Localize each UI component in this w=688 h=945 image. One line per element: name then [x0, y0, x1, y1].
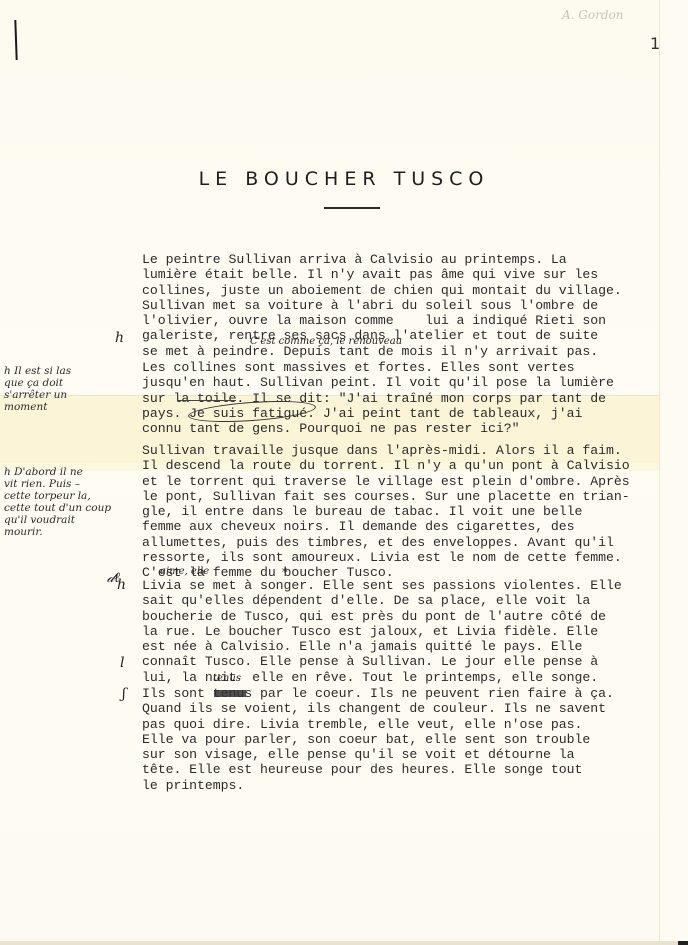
- margin-note-2: h D'abord il ne vit rien. Puis – cette t…: [4, 466, 111, 538]
- interlinear-correction-3: tenus: [213, 673, 241, 684]
- page-number: 1: [650, 34, 660, 53]
- pencil-annotation: A. Gordon: [562, 8, 623, 22]
- paragraph-5: Ils sont tenus par le coeur. Ils ne peuv…: [142, 686, 614, 793]
- interlinear-correction-2: aime, elle: [160, 566, 209, 577]
- insertion-mark: *: [282, 566, 288, 579]
- margin-vertical-stroke: [14, 20, 17, 60]
- interlinear-correction-1: C'est comme ça, le renouveau: [250, 336, 402, 347]
- margin-note-1: h Il est si las que ça doit s'arrêter un…: [4, 365, 71, 413]
- manuscript-page: 1 A. Gordon LE BOUCHER TUSCO Le peintre …: [0, 0, 688, 945]
- margin-mark: l: [120, 655, 124, 671]
- paper-right-edge: [659, 0, 688, 945]
- struck-word: [214, 690, 246, 697]
- margin-mark: h: [115, 330, 124, 346]
- title-underline: [324, 207, 380, 209]
- paragraph-4: Livia se met à songer. Elle sent ses pas…: [142, 578, 622, 685]
- margin-mark: ʃ: [122, 686, 126, 702]
- margin-mark: h: [117, 577, 126, 593]
- handwritten-underline: [178, 400, 236, 401]
- paragraph-3: Sullivan travaille jusque dans l'après-m…: [142, 443, 630, 581]
- scan-corner: [678, 941, 688, 945]
- paper-bottom-edge: [0, 941, 688, 945]
- paragraph-2: Les collines sont massives et fortes. El…: [142, 360, 614, 436]
- page-title: LE BOUCHER TUSCO: [0, 168, 688, 190]
